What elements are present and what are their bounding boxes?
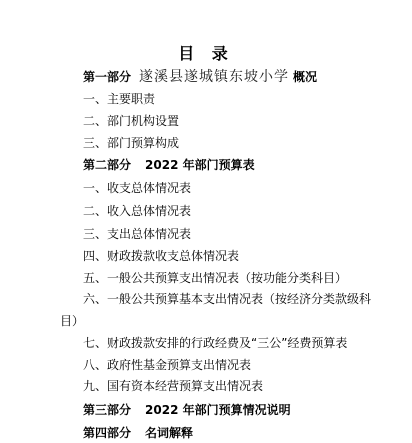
toc-item: 二、收入总体情况表 — [83, 203, 191, 219]
part-label: 第四部分 — [83, 426, 131, 440]
toc-item: 八、政府性基金预算支出情况表 — [83, 357, 251, 373]
toc-item: 六、一般公共预算基本支出情况表（按经济分类款级科 — [83, 291, 371, 307]
toc-part-4: 第四部分名词解释 — [83, 425, 193, 441]
part-heading: 2022 年部门预算情况说明 — [145, 403, 291, 417]
document-page: 目 录 第一部分遂溪县遂城镇东坡小学概况 一、主要职责 二、部门机构设置 三、部… — [0, 0, 412, 443]
part-label: 第二部分 — [83, 158, 131, 172]
toc-item: 三、支出总体情况表 — [83, 226, 191, 242]
toc-item: 三、部门预算构成 — [83, 135, 179, 151]
toc-item: 九、国有资本经营预算支出情况表 — [83, 378, 263, 394]
part-suffix: 概况 — [293, 70, 317, 84]
part-label: 第三部分 — [83, 403, 131, 417]
toc-item: 七、财政拨款安排的行政经费及“三公”经费预算表 — [83, 335, 347, 351]
part-heading: 名词解释 — [145, 426, 193, 440]
toc-item: 一、收支总体情况表 — [83, 180, 191, 196]
toc-title: 目 录 — [0, 44, 412, 64]
toc-item: 一、主要职责 — [83, 91, 155, 107]
toc-item: 二、部门机构设置 — [83, 113, 179, 129]
part-heading: 2022 年部门预算表 — [145, 158, 255, 172]
org-name: 遂溪县遂城镇东坡小学 — [139, 69, 289, 85]
toc-part-3: 第三部分2022 年部门预算情况说明 — [83, 402, 291, 418]
toc-part-2: 第二部分2022 年部门预算表 — [83, 157, 255, 173]
toc-part-1: 第一部分遂溪县遂城镇东坡小学概况 — [83, 69, 317, 85]
toc-item-wrap: 目） — [60, 313, 84, 329]
toc-item: 四、财政拨款收支总体情况表 — [83, 248, 239, 264]
toc-item: 五、一般公共预算支出情况表（按功能分类科目） — [83, 270, 347, 286]
part-label: 第一部分 — [83, 70, 131, 84]
